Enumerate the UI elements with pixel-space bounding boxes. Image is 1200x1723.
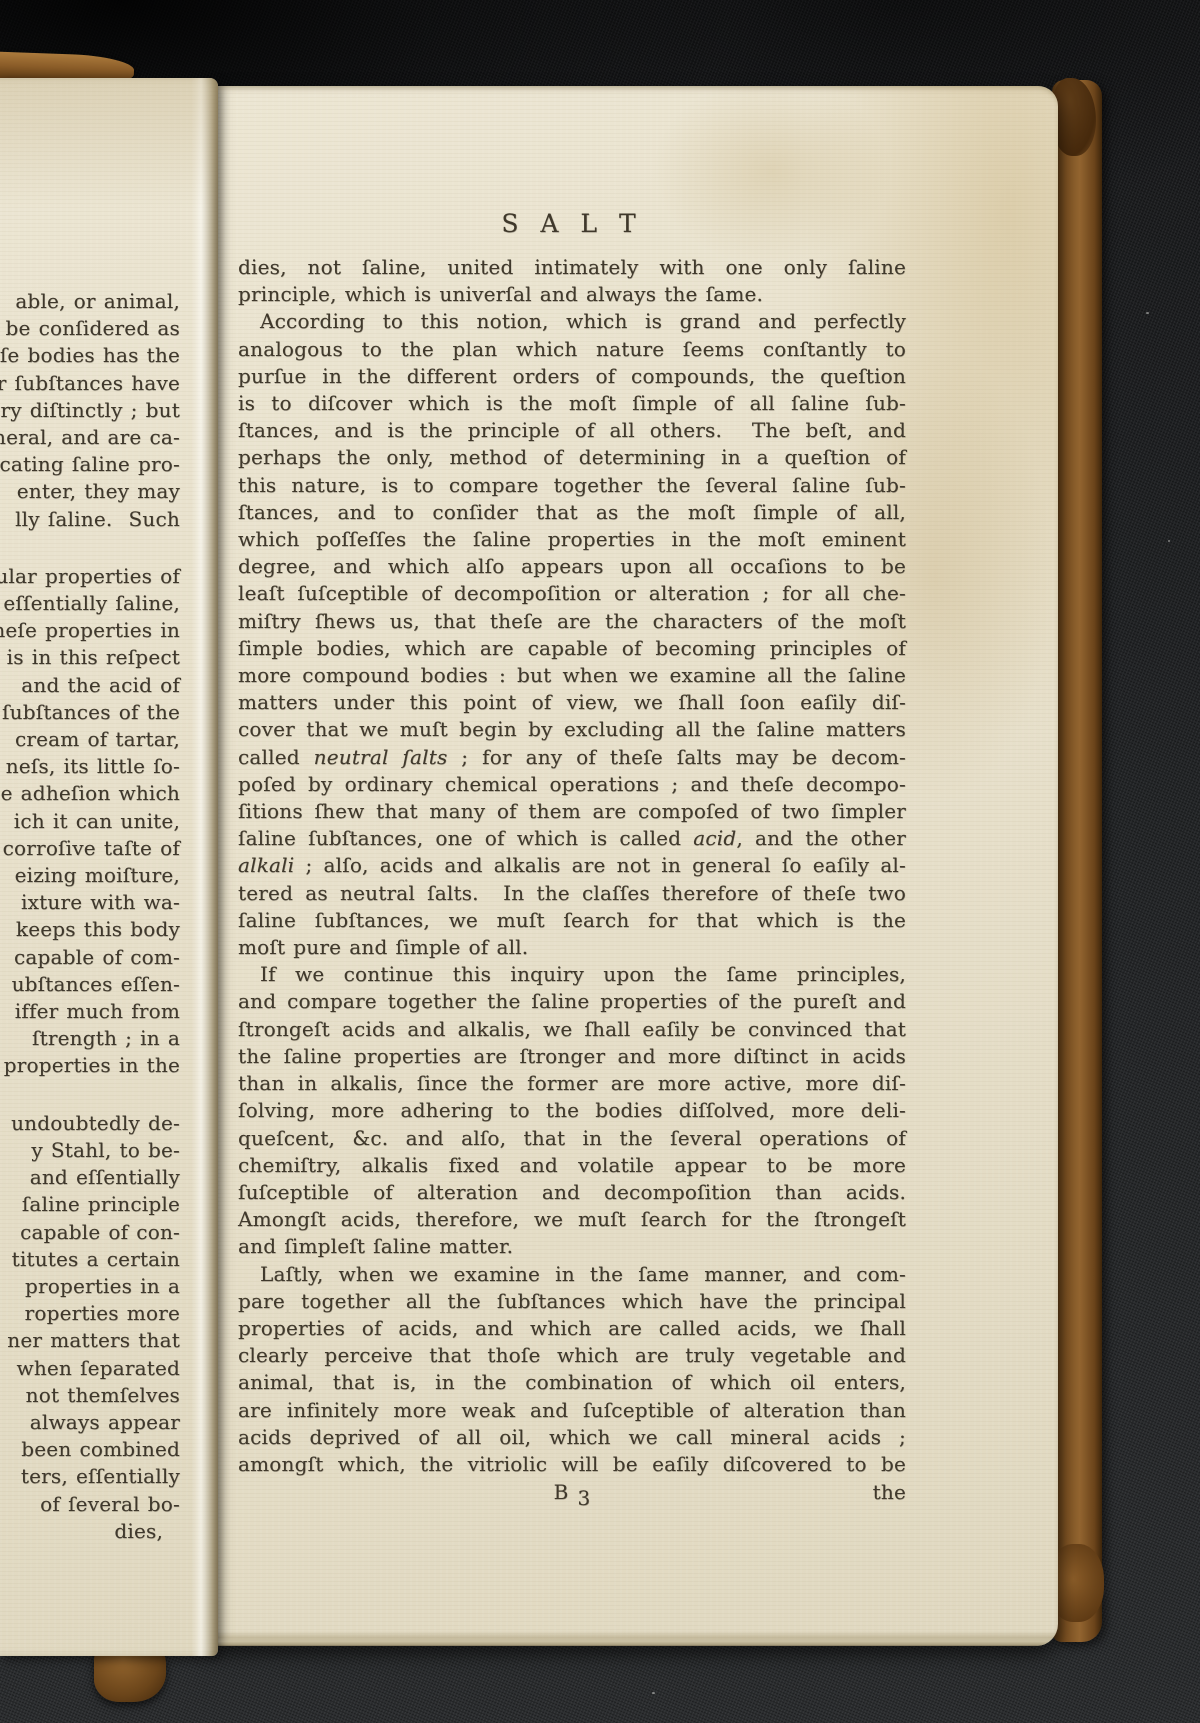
text-line: iffer much from (0, 998, 180, 1025)
text-line: ters, eſſentially (0, 1463, 180, 1490)
text-line: roperties more (0, 1300, 180, 1327)
catchword: the (873, 1479, 906, 1506)
text-line: ſimple bodies, which are capable of beco… (238, 635, 906, 662)
text-line: purſue in the different orders of compou… (238, 363, 906, 390)
text-line: ſaline ſubſtances, we muſt ſearch for th… (238, 907, 906, 934)
text-line: ſolving, more adhering to the bodies diſ… (238, 1097, 906, 1124)
signature-mark: B3 (554, 1480, 591, 1504)
text-line: keeps this body (0, 916, 180, 943)
text-line: chemiſtry, alkalis fixed and volatile ap… (238, 1152, 906, 1179)
paragraph-gap (0, 533, 180, 563)
text-line: enter, they may (0, 478, 180, 505)
text-line: dies, not ſaline, united intimately with… (238, 254, 906, 281)
text-line: cover that we muſt begin by excluding al… (238, 716, 906, 743)
text-line: and compare together the ſaline properti… (238, 988, 906, 1015)
text-line: properties of acids, and which are calle… (238, 1315, 906, 1342)
paragraph-gap (0, 1080, 180, 1110)
text-line: ry diſtinctly ; but (0, 397, 180, 424)
text-line: ubſtances eſſen- (0, 971, 180, 998)
text-line: acids deprived of all oil, which we call… (238, 1424, 906, 1451)
text-line: ſtrength ; in a (0, 1025, 180, 1052)
text-line: clearly perceive that thoſe which are tr… (238, 1342, 906, 1369)
left-page: able, or animal,be conſidered aseſe bodi… (0, 78, 218, 1656)
text-line: undoubtedly de- (0, 1110, 180, 1137)
text-line: than in alkalis, ſince the former are mo… (238, 1070, 906, 1097)
text-line: matters under this point of view, we ſha… (238, 689, 906, 716)
text-line: animal, that is, in the combination of w… (238, 1369, 906, 1396)
text-line: perhaps the only, method of determining … (238, 444, 906, 471)
text-line: which poſſeſſes the ſaline properties in… (238, 526, 906, 553)
text-line: lly ſaline. Such (0, 506, 180, 533)
text-line: According to this notion, which is grand… (238, 308, 906, 335)
text-line: capable of con- (0, 1219, 180, 1246)
text-line: ner matters that (0, 1327, 180, 1354)
text-line: neſs, its little ſo- (0, 753, 180, 780)
dust-speck (1146, 312, 1149, 314)
text-line: and ſimpleſt ſaline matter. (238, 1233, 906, 1260)
text-line: is in this reſpect (0, 644, 180, 671)
text-line: called neutral ſalts ; for any of theſe … (238, 744, 906, 771)
text-line: always appear (0, 1409, 180, 1436)
text-line: Amongſt acids, therefore, we muſt ſearch… (238, 1206, 906, 1233)
text-line: degree, and which alſo appears upon all … (238, 553, 906, 580)
text-line: ſaline principle (0, 1191, 180, 1218)
text-line: poſed by ordinary chemical operations ; … (238, 771, 906, 798)
text-line: and eſſentially (0, 1164, 180, 1191)
text-line: e adheſion which (0, 780, 180, 807)
text-line: alkali ; alſo, acids and alkalis are not… (238, 852, 906, 879)
text-line: titutes a certain (0, 1246, 180, 1273)
text-line: ſtances, and to conſider that as the moſ… (238, 499, 906, 526)
text-line: and the acid of (0, 672, 180, 699)
text-line: eſſentially ſaline, (0, 590, 180, 617)
text-line: neral, and are ca- (0, 424, 180, 451)
text-line: cating ſaline pro- (0, 451, 180, 478)
text-line: pare together all the ſubſtances which h… (238, 1288, 906, 1315)
text-line: ular properties of (0, 563, 180, 590)
text-line: are infinitely more weak and ſuſceptible… (238, 1397, 906, 1424)
right-page: S A L T dies, not ſaline, united intimat… (212, 86, 1058, 1646)
text-line: Laſtly, when we examine in the ſame mann… (238, 1261, 906, 1288)
text-line: leaſt ſuſceptible of decompoſition or al… (238, 580, 906, 607)
running-head-title: S A L T (238, 210, 906, 238)
text-line: ich it can unite, (0, 808, 180, 835)
text-line: more compound bodies : but when we exami… (238, 662, 906, 689)
text-line: er ſubſtances have (0, 370, 180, 397)
text-line: eizing moiſture, (0, 862, 180, 889)
text-line: ſtrongeſt acids and alkalis, we ſhall ea… (238, 1016, 906, 1043)
dust-speck (652, 1692, 655, 1694)
text-line: corroſive taſte of (0, 835, 180, 862)
text-line: ſuſceptible of alteration and decompoſit… (238, 1179, 906, 1206)
text-line: queſcent, &c. and alſo, that in the ſeve… (238, 1125, 906, 1152)
text-line: been combined (0, 1436, 180, 1463)
water-stain (652, 86, 892, 266)
text-line: of ſeveral bo- (0, 1491, 180, 1518)
text-line: analogous to the plan which nature ſeems… (238, 336, 906, 363)
text-line: ſaline ſubſtances, one of which is calle… (238, 825, 906, 852)
text-line: amongſt which, the vitriolic will be eaſ… (238, 1451, 906, 1478)
page-block-bottom-edge (212, 1631, 1058, 1646)
text-line: properties in a (0, 1273, 180, 1300)
text-line: able, or animal, (0, 288, 180, 315)
text-line: ſitions ſhew that many of them are compo… (238, 798, 906, 825)
text-line: heſe properties in (0, 617, 180, 644)
text-line: ſubſtances of the (0, 699, 180, 726)
text-line: ixture with wa- (0, 889, 180, 916)
text-line: tered as neutral ſalts. In the claſſes t… (238, 880, 906, 907)
text-line: eſe bodies has the (0, 342, 180, 369)
text-line: be conſidered as (0, 315, 180, 342)
text-line: cream of tartar, (0, 726, 180, 753)
left-page-text-fragments: able, or animal,be conſidered aseſe bodi… (0, 288, 180, 1545)
leather-cover-edge-right (1052, 80, 1102, 1642)
text-line: is to diſcover which is the moſt ſimple … (238, 390, 906, 417)
text-line: ſtances, and is the principle of all oth… (238, 417, 906, 444)
text-line: the ſaline properties are ſtronger and m… (238, 1043, 906, 1070)
text-line: dies, (0, 1518, 163, 1545)
text-line: capable of com- (0, 944, 180, 971)
signature-row: B3the (238, 1479, 906, 1507)
dust-speck (1168, 540, 1170, 542)
text-line: principle, which is univerſal and always… (238, 281, 906, 308)
text-line: y Stahl, to be- (0, 1137, 180, 1164)
book-photograph: S A L T dies, not ſaline, united intimat… (0, 0, 1200, 1723)
text-line: when ſeparated (0, 1355, 180, 1382)
text-line: properties in the (0, 1052, 180, 1079)
right-page-text-block: dies, not ſaline, united intimately with… (238, 254, 906, 1507)
text-line: moſt pure and ſimple of all. (238, 934, 906, 961)
text-line: miſtry ſhews us, that theſe are the char… (238, 608, 906, 635)
text-line: If we continue this inquiry upon the ſam… (238, 961, 906, 988)
text-line: this nature, is to compare together the … (238, 472, 906, 499)
text-line: not themſelves (0, 1382, 180, 1409)
